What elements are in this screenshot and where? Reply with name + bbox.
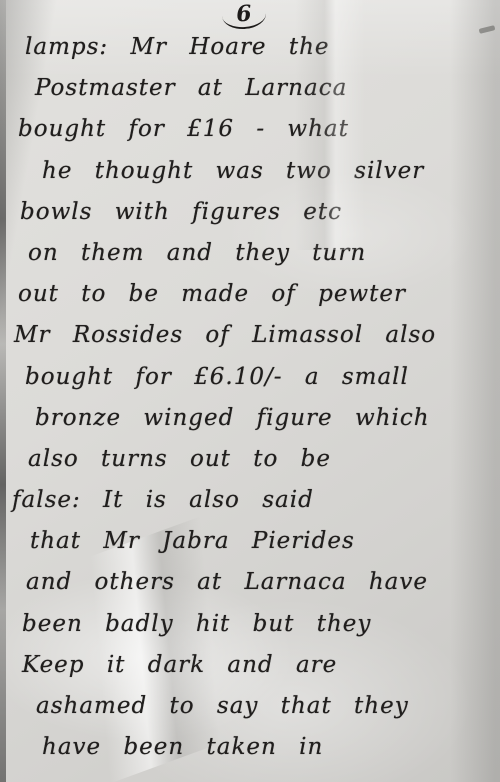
handwritten-line: have been taken in (0, 727, 494, 768)
handwritten-line: on them and they turn (0, 233, 494, 274)
handwritten-line: he thought was two silver (0, 151, 494, 192)
handwritten-line: lamps: Mr Hoare the (0, 27, 494, 68)
page-number: 6 (221, 0, 267, 31)
handwritten-line: bronze winged figure which (0, 398, 494, 439)
handwritten-line: and others at Larnaca have (0, 562, 494, 603)
manuscript-page: 6 lamps: Mr Hoare the Postmaster at Larn… (0, 0, 500, 782)
handwritten-line: bought for £6.10/- a small (0, 357, 494, 398)
handwritten-line: out to be made of pewter (0, 274, 494, 315)
handwritten-line: Keep it dark and are (0, 645, 494, 686)
handwritten-line: bowls with figures etc (0, 192, 494, 233)
handwriting-block: lamps: Mr Hoare the Postmaster at Larnac… (0, 27, 494, 768)
handwritten-line: false: It is also said (0, 480, 494, 521)
handwritten-line: been badly hit but they (0, 604, 494, 645)
handwritten-line: that Mr Jabra Pierides (0, 521, 494, 562)
handwritten-line: Postmaster at Larnaca (0, 68, 494, 109)
handwritten-line: Mr Rossides of Limassol also (0, 315, 494, 356)
handwritten-line: bought for £16 - what (0, 109, 494, 150)
handwritten-line: also turns out to be (0, 439, 494, 480)
handwritten-line: ashamed to say that they (0, 686, 494, 727)
